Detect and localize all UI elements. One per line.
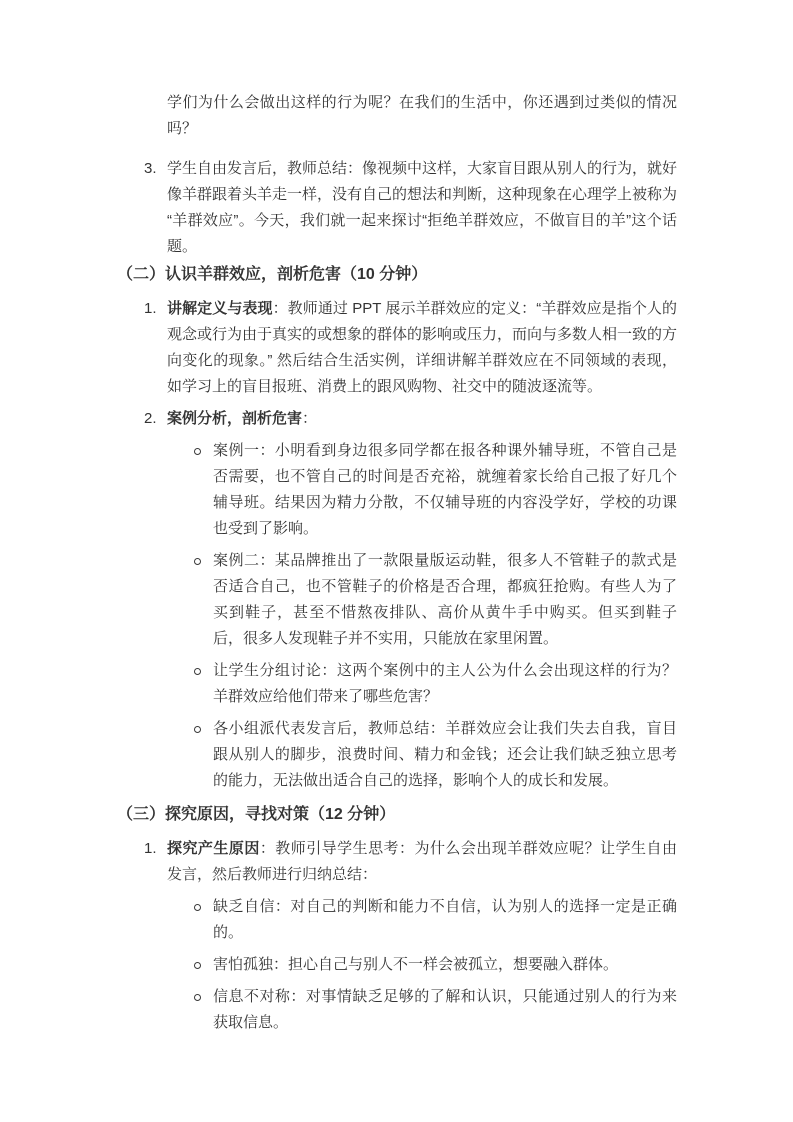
bullet-text: 害怕孤独：担心自己与别人不一样会被孤立，想要融入群体。 <box>213 952 677 978</box>
circle-bullet-icon <box>193 716 213 794</box>
bullet-text: 各小组派代表发言后，教师总结：羊群效应会让我们失去自我，盲目跟从别人的脚步，浪费… <box>213 716 677 794</box>
list-number: 1. <box>144 836 167 888</box>
bullet-item: 各小组派代表发言后，教师总结：羊群效应会让我们失去自我，盲目跟从别人的脚步，浪费… <box>193 716 677 794</box>
numbered-item: 2. 案例分析，剖析危害： <box>144 406 677 432</box>
bullet-item: 缺乏自信：对自己的判断和能力不自信，认为别人的选择一定是正确的。 <box>193 894 677 946</box>
bullet-text: 缺乏自信：对自己的判断和能力不自信，认为别人的选择一定是正确的。 <box>213 894 677 946</box>
item-lead-bold: 案例分析，剖析危害 <box>167 410 302 427</box>
section-heading: （二）认识羊群效应，剖析危害（10 分钟） <box>117 260 677 290</box>
bullet-item: 害怕孤独：担心自己与别人不一样会被孤立，想要融入群体。 <box>193 952 677 978</box>
bullet-text: 案例二：某品牌推出了一款限量版运动鞋，很多人不管鞋子的款式是否适合自己，也不管鞋… <box>213 548 677 652</box>
item-body-text: ： <box>302 410 317 427</box>
bullet-text: 信息不对称：对事情缺乏足够的了解和认识，只能通过别人的行为来获取信息。 <box>213 984 677 1036</box>
numbered-item: 1. 讲解定义与表现：教师通过 PPT 展示羊群效应的定义：“羊群效应是指个人的… <box>144 296 677 400</box>
circle-bullet-icon <box>193 548 213 652</box>
item-text: 学生自由发言后，教师总结：像视频中这样，大家盲目跟从别人的行为，就好像羊群跟着头… <box>167 156 677 260</box>
circle-bullet-icon <box>193 438 213 542</box>
bullet-item: 让学生分组讨论：这两个案例中的主人公为什么会出现这样的行为？羊群效应给他们带来了… <box>193 658 677 710</box>
list-number: 2. <box>144 406 167 432</box>
bullet-item: 信息不对称：对事情缺乏足够的了解和认识，只能通过别人的行为来获取信息。 <box>193 984 677 1036</box>
bullet-item: 案例一：小明看到身边很多同学都在报各种课外辅导班，不管自己是否需要，也不管自己的… <box>193 438 677 542</box>
circle-bullet-icon <box>193 658 213 710</box>
section-heading: （三）探究原因，寻找对策（12 分钟） <box>117 800 677 830</box>
circle-bullet-icon <box>193 952 213 978</box>
bullet-text: 案例一：小明看到身边很多同学都在报各种课外辅导班，不管自己是否需要，也不管自己的… <box>213 438 677 542</box>
paragraph-continuation: 学们为什么会做出这样的行为呢？在我们的生活中，你还遇到过类似的情况吗？ <box>167 90 677 142</box>
numbered-item: 3. 学生自由发言后，教师总结：像视频中这样，大家盲目跟从别人的行为，就好像羊群… <box>144 156 677 260</box>
item-text: 讲解定义与表现：教师通过 PPT 展示羊群效应的定义：“羊群效应是指个人的观念或… <box>167 296 677 400</box>
item-lead-bold: 探究产生原因 <box>167 840 260 857</box>
circle-bullet-icon <box>193 894 213 946</box>
bullet-text: 让学生分组讨论：这两个案例中的主人公为什么会出现这样的行为？羊群效应给他们带来了… <box>213 658 677 710</box>
list-number: 3. <box>144 156 167 260</box>
item-text: 案例分析，剖析危害： <box>167 406 677 432</box>
item-text: 探究产生原因：教师引导学生思考：为什么会出现羊群效应呢？让学生自由发言，然后教师… <box>167 836 677 888</box>
list-number: 1. <box>144 296 167 400</box>
circle-bullet-icon <box>193 984 213 1036</box>
numbered-item: 1. 探究产生原因：教师引导学生思考：为什么会出现羊群效应呢？让学生自由发言，然… <box>144 836 677 888</box>
bullet-item: 案例二：某品牌推出了一款限量版运动鞋，很多人不管鞋子的款式是否适合自己，也不管鞋… <box>193 548 677 652</box>
document-page: 学们为什么会做出这样的行为呢？在我们的生活中，你还遇到过类似的情况吗？ 3. 学… <box>0 0 793 1122</box>
item-lead-bold: 讲解定义与表现 <box>167 300 273 317</box>
